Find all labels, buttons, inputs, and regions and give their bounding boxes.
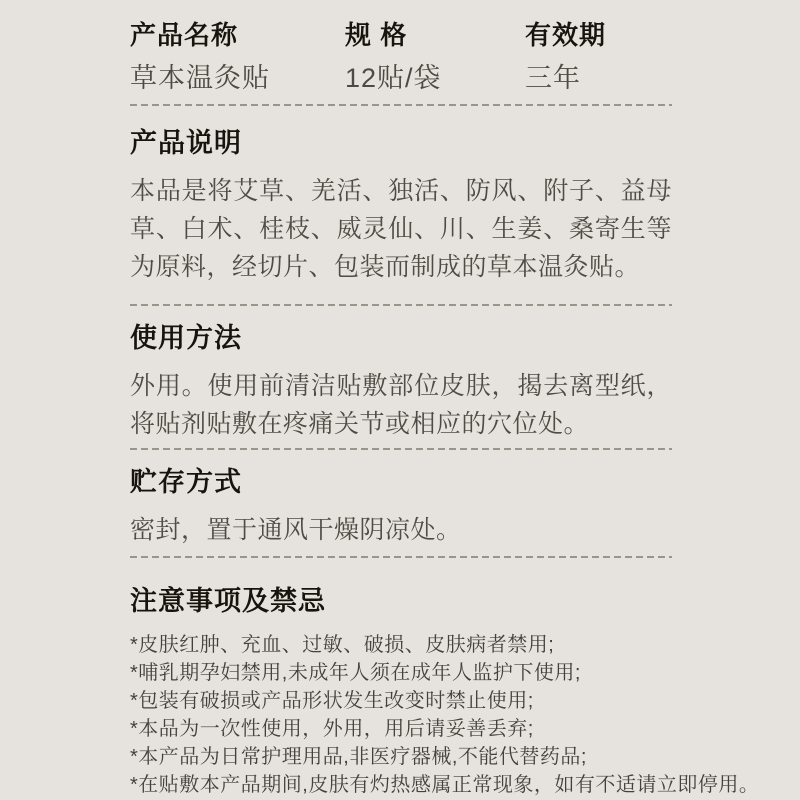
spec-label-product-name: 产品名称 (130, 18, 345, 52)
spec-column-product-name: 产品名称 草本温灸贴 (130, 18, 345, 94)
spec-label-specification: 规 格 (345, 18, 525, 52)
note-item: *在贴敷本产品期间,皮肤有灼热感属正常现象，如有不适请立即停用。 (130, 771, 672, 799)
notes-list: *皮肤红肿、充血、过敏、破损、皮肤病者禁用; *哺乳期孕妇禁用,未成年人须在成年… (130, 631, 672, 799)
section-body-storage-method: 密封，置于通风干燥阴凉处。 (130, 511, 672, 549)
section-usage-method: 使用方法 外用。使用前清洁贴敷部位皮肤，揭去离型纸，将贴剂贴敷在疼痛关节或相应的… (130, 321, 672, 443)
note-item: *本产品为日常护理用品,非医疗器械,不能代替药品; (130, 743, 672, 771)
section-title-storage-method: 贮存方式 (130, 465, 672, 499)
dashed-divider (130, 448, 672, 450)
dashed-divider (130, 104, 672, 106)
dashed-divider (130, 304, 672, 306)
note-item: *本品为一次性使用，外用，用后请妥善丢弃; (130, 715, 672, 743)
spec-value-specification: 12贴/袋 (345, 62, 525, 94)
notes-section: 注意事项及禁忌 *皮肤红肿、充血、过敏、破损、皮肤病者禁用; *哺乳期孕妇禁用,… (130, 584, 672, 799)
spec-table: 产品名称 草本温灸贴 规 格 12贴/袋 有效期 三年 (130, 18, 672, 94)
note-item: *哺乳期孕妇禁用,未成年人须在成年人监护下使用; (130, 659, 672, 687)
section-product-description: 产品说明 本品是将艾草、羌活、独活、防风、附子、益母草、白术、桂枝、威灵仙、川、… (130, 126, 672, 286)
section-title-usage-method: 使用方法 (130, 321, 672, 355)
dashed-divider (130, 556, 672, 558)
spec-column-specification: 规 格 12贴/袋 (345, 18, 525, 94)
spec-value-validity: 三年 (525, 62, 672, 94)
section-body-usage-method: 外用。使用前清洁贴敷部位皮肤，揭去离型纸，将贴剂贴敷在疼痛关节或相应的穴位处。 (130, 367, 672, 443)
product-info-page: 产品名称 草本温灸贴 规 格 12贴/袋 有效期 三年 产品说明 本品是将艾草、… (0, 0, 800, 800)
note-item: *包装有破损或产品形状发生改变时禁止使用; (130, 687, 672, 715)
section-title-product-description: 产品说明 (130, 126, 672, 160)
spec-value-product-name: 草本温灸贴 (130, 62, 345, 94)
spec-label-validity: 有效期 (525, 18, 672, 52)
note-item: *皮肤红肿、充血、过敏、破损、皮肤病者禁用; (130, 631, 672, 659)
spec-column-validity: 有效期 三年 (525, 18, 672, 94)
section-body-product-description: 本品是将艾草、羌活、独活、防风、附子、益母草、白术、桂枝、威灵仙、川、生姜、桑寄… (130, 172, 672, 286)
notes-title: 注意事项及禁忌 (130, 584, 672, 618)
section-storage-method: 贮存方式 密封，置于通风干燥阴凉处。 (130, 465, 672, 549)
